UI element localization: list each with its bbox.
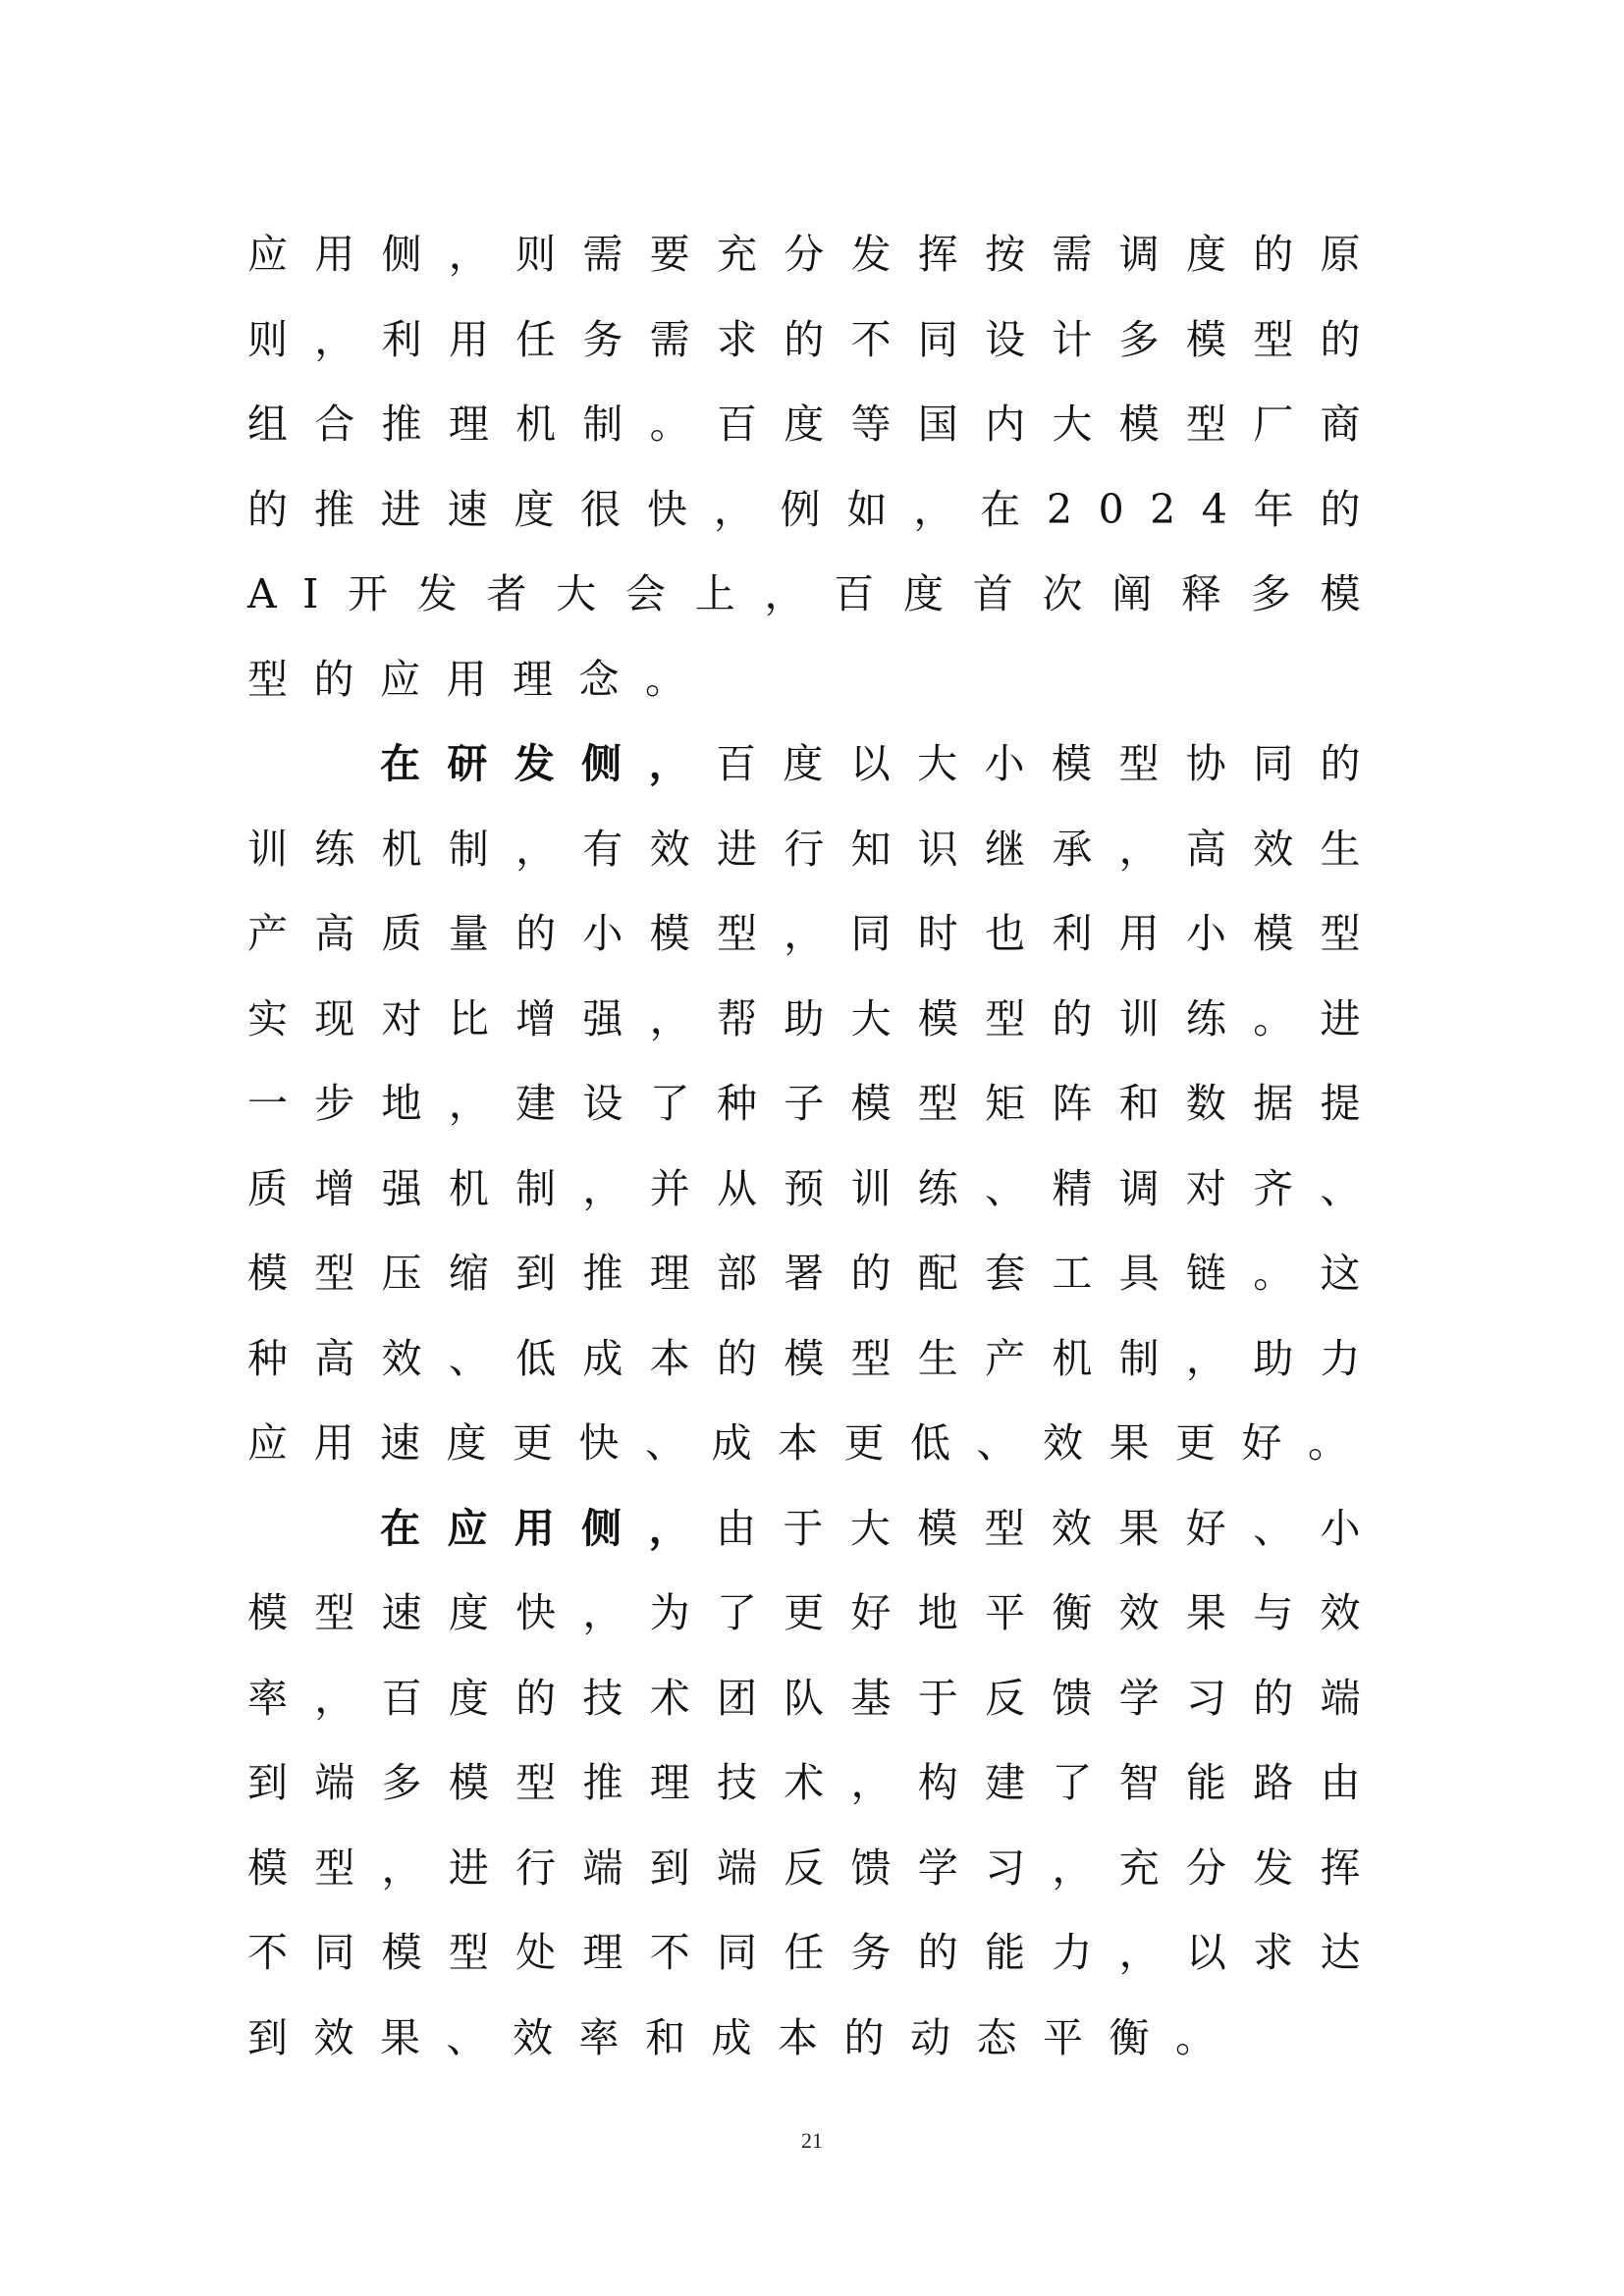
- paragraph-text: 由于大模型效果好、小模型速度快，为了更好地平衡效果与效率，百度的技术团队基于反馈…: [247, 1505, 1386, 2061]
- body-text: 应用侧，则需要充分发挥按需调度的原则，利用任务需求的不同设计多模型的组合推理机制…: [247, 212, 1386, 2080]
- document-page: 应用侧，则需要充分发挥按需调度的原则，利用任务需求的不同设计多模型的组合推理机制…: [0, 0, 1624, 2296]
- paragraph-lead-heading: 在研发侧，: [380, 740, 716, 787]
- paragraph-text: 百度以大小模型协同的训练机制，有效进行知识继承，高效生产高质量的小模型，同时也利…: [247, 740, 1386, 1467]
- paragraph-continuation: 应用侧，则需要充分发挥按需调度的原则，利用任务需求的不同设计多模型的组合推理机制…: [247, 212, 1386, 721]
- paragraph-text: 应用侧，则需要充分发挥按需调度的原则，利用任务需求的不同设计多模型的组合推理机制…: [247, 231, 1386, 703]
- page-number: 21: [0, 2128, 1624, 2154]
- paragraph-rnd-side: 在研发侧，百度以大小模型协同的训练机制，有效进行知识继承，高效生产高质量的小模型…: [247, 721, 1386, 1486]
- paragraph-lead-heading: 在应用侧，: [380, 1505, 716, 1552]
- paragraph-application-side: 在应用侧，由于大模型效果好、小模型速度快，为了更好地平衡效果与效率，百度的技术团…: [247, 1486, 1386, 2081]
